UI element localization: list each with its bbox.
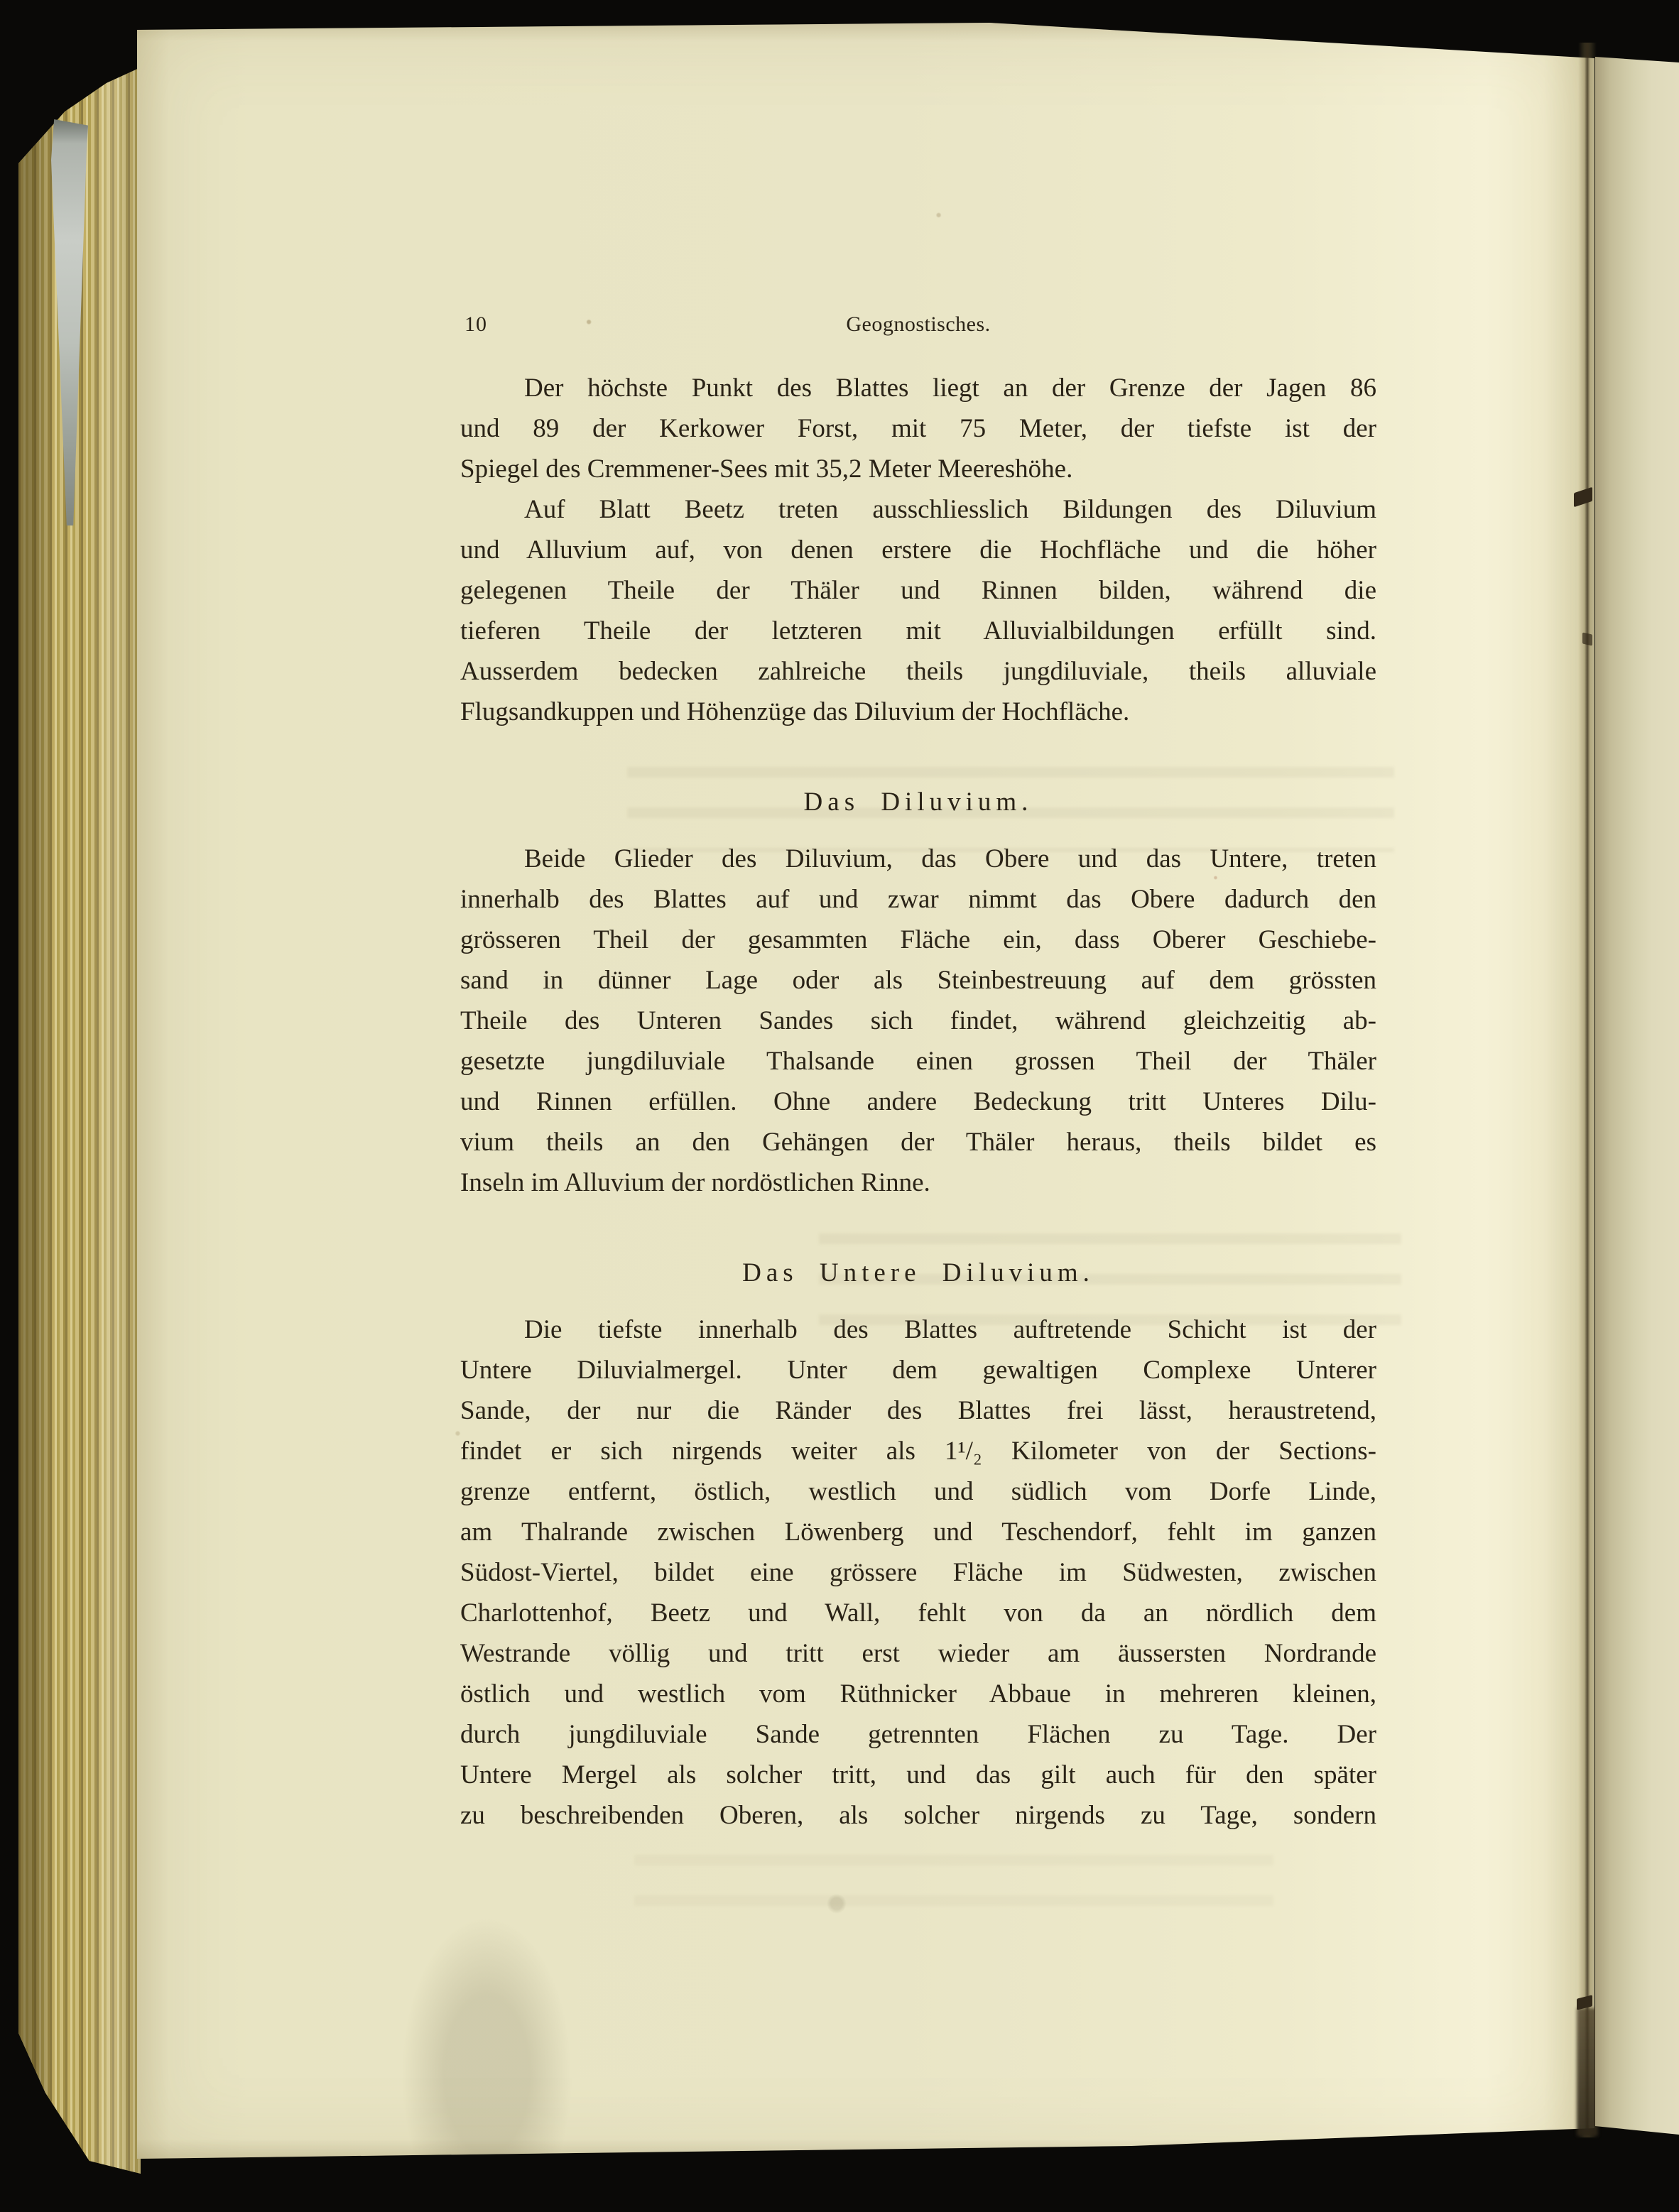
gutter-shadow <box>1577 2008 1598 2136</box>
text-line: Auf Blatt Beetz treten ausschliesslich B… <box>460 489 1376 530</box>
text-line: Untere Diluvialmergel. Unter dem gewalti… <box>460 1350 1376 1390</box>
text-line: und Rinnen erfüllen. Ohne andere Bedecku… <box>460 1082 1376 1122</box>
page-body-text: Der höchste Punkt des Blattes liegt an d… <box>460 368 1376 1836</box>
paragraph: Die tiefste innerhalb des Blattes auftre… <box>460 1309 1376 1836</box>
text-line: vium theils an den Gehängen der Thäler h… <box>460 1122 1376 1162</box>
text-line: grösseren Theil der gesammten Fläche ein… <box>460 920 1376 960</box>
page-number: 10 <box>464 310 487 339</box>
text-line: Westrande völlig und tritt erst wieder a… <box>460 1633 1376 1674</box>
running-head-row: 10 Geognostisches. <box>460 310 1376 339</box>
scanned-book-spread: 10 Geognostisches. Der höchste Punkt des… <box>0 0 1679 2212</box>
text-line: Flugsandkuppen und Höhenzüge das Diluviu… <box>460 692 1376 732</box>
text-line: und Alluvium auf, von denen erstere die … <box>460 530 1376 570</box>
text-line: und 89 der Kerkower Forst, mit 75 Meter,… <box>460 408 1376 449</box>
fore-edge-page-stack <box>18 67 141 2174</box>
book-page: 10 Geognostisches. Der höchste Punkt des… <box>137 23 1594 2160</box>
text-line: gesetzte jungdiluviale Thalsande einen g… <box>460 1041 1376 1082</box>
text-line: am Thalrande zwischen Löwenberg und Tesc… <box>460 1512 1376 1552</box>
text-line: sand in dünner Lage oder als Steinbestre… <box>460 960 1376 1001</box>
text-line: Inseln im Alluvium der nordöstlichen Rin… <box>460 1162 1376 1203</box>
text-line: Die tiefste innerhalb des Blattes auftre… <box>460 1309 1376 1350</box>
text-line: östlich und westlich vom Rüthnicker Abba… <box>460 1674 1376 1714</box>
text-line: Untere Mergel als solcher tritt, und das… <box>460 1755 1376 1795</box>
text-line: grenze entfernt, östlich, westlich und s… <box>460 1471 1376 1512</box>
paragraph: Der höchste Punkt des Blattes liegt an d… <box>460 368 1376 489</box>
text-line: Südost-Viertel, bildet eine grössere Flä… <box>460 1552 1376 1593</box>
text-line: Spiegel des Cremmener-Sees mit 35,2 Mete… <box>460 449 1376 489</box>
adjacent-page-edge <box>1595 53 1679 2135</box>
text-line: Beide Glieder des Diluvium, das Obere un… <box>460 839 1376 879</box>
verso-bleed-through <box>634 1855 1273 1919</box>
text-line: findet er sich nirgends weiter als 1¹/₂ … <box>460 1431 1376 1471</box>
text-line: Charlottenhof, Beetz und Wall, fehlt von… <box>460 1593 1376 1633</box>
text-line: durch jungdiluviale Sande getrennten Flä… <box>460 1714 1376 1755</box>
paper-tear <box>1582 633 1592 646</box>
text-line: Theile des Unteren Sandes sich findet, w… <box>460 1001 1376 1041</box>
section-heading: Das Untere Diluvium. <box>460 1257 1376 1290</box>
text-line: gelegenen Theile der Thäler und Rinnen b… <box>460 570 1376 611</box>
text-line: Ausserdem bedecken zahlreiche theils jun… <box>460 651 1376 692</box>
paragraph: Auf Blatt Beetz treten ausschliesslich B… <box>460 489 1376 732</box>
section-heading: Das Diluvium. <box>460 786 1376 819</box>
paragraph: Beide Glieder des Diluvium, das Obere un… <box>460 839 1376 1203</box>
text-line: zu beschreibenden Oberen, als solcher ni… <box>460 1795 1376 1836</box>
running-header: Geognostisches. <box>846 310 990 339</box>
text-line: innerhalb des Blattes auf und zwar nimmt… <box>460 879 1376 920</box>
text-line: tieferen Theile der letzteren mit Alluvi… <box>460 611 1376 651</box>
text-line: Sande, der nur die Ränder des Blattes fr… <box>460 1390 1376 1431</box>
text-line: Der höchste Punkt des Blattes liegt an d… <box>460 368 1376 408</box>
gutter-crease <box>1578 43 1597 2137</box>
text-block: 10 Geognostisches. Der höchste Punkt des… <box>460 310 1376 1836</box>
